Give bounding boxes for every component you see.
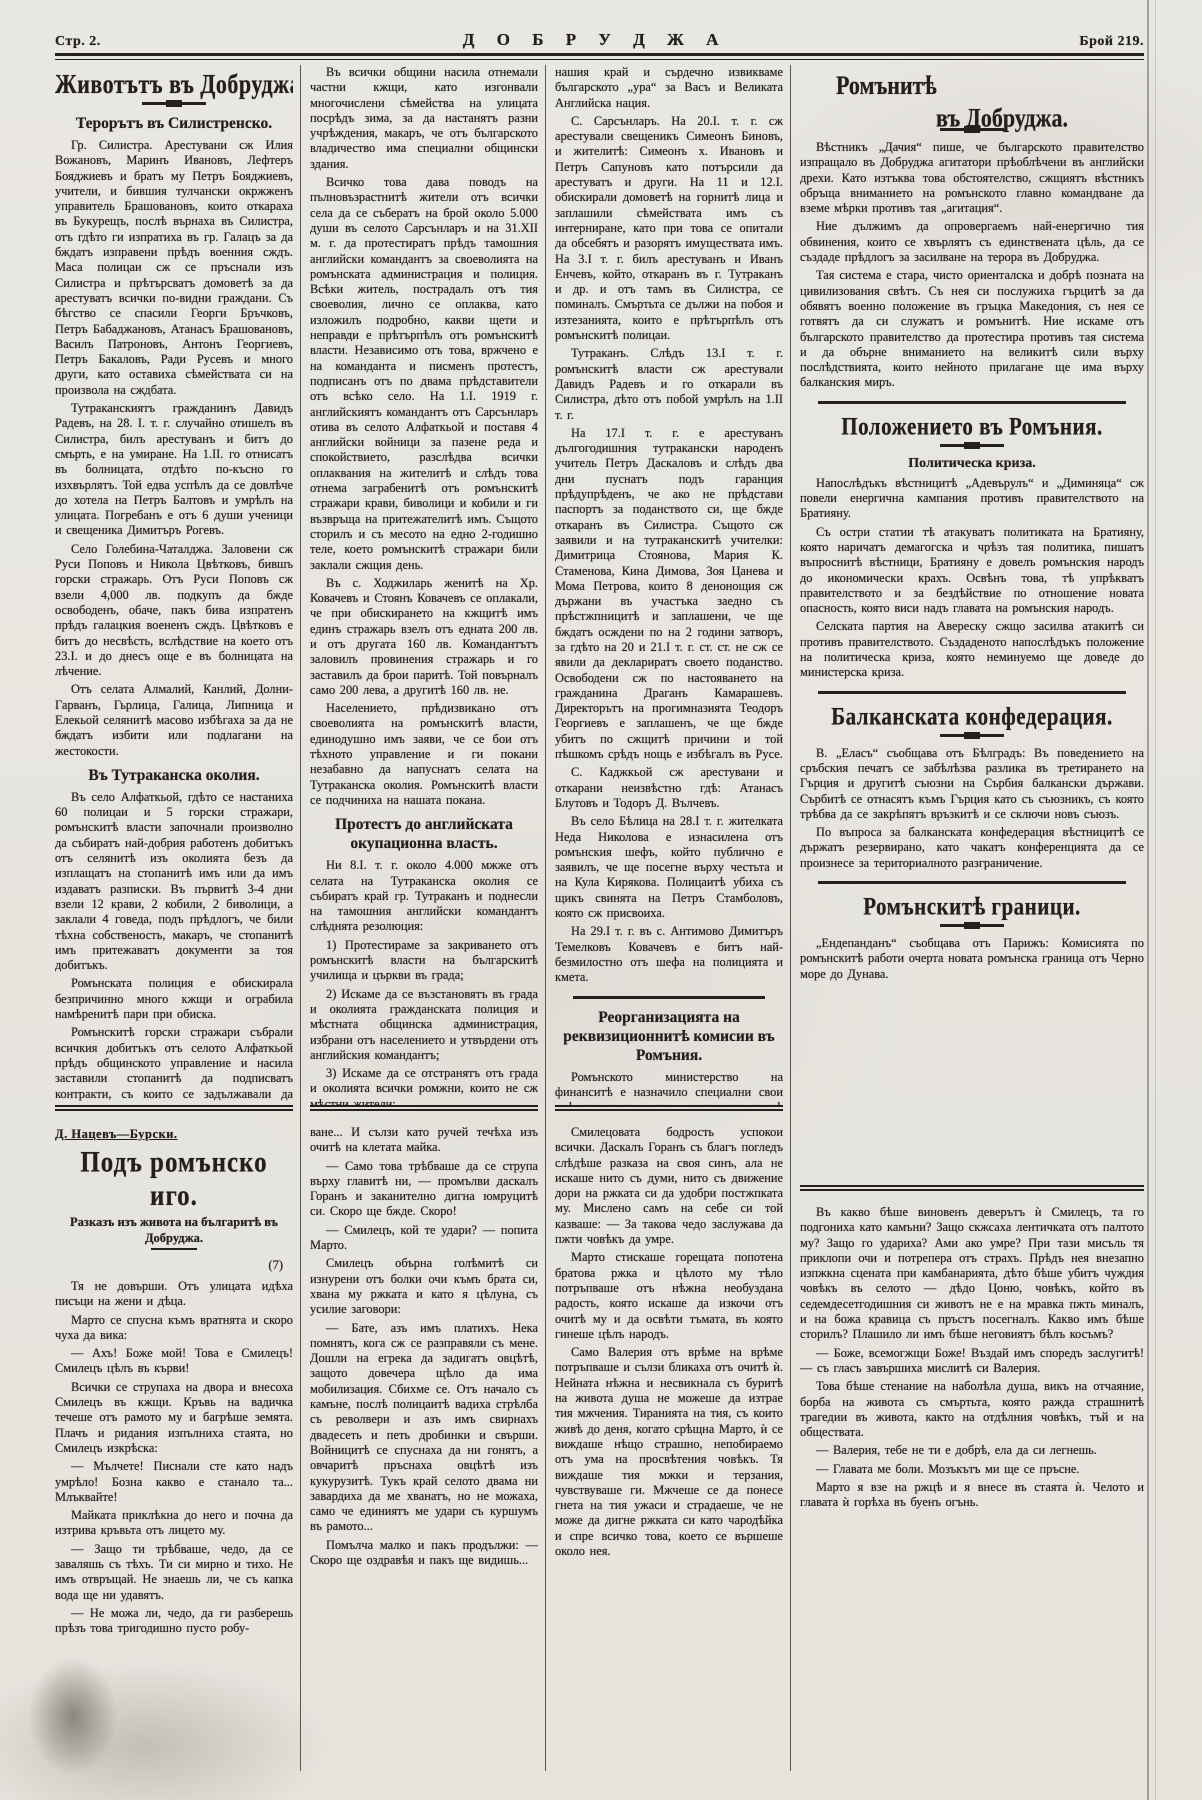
story-paragraph: Помълча малко и пакъ продължи: — Скоро щ… — [310, 1538, 538, 1569]
article-paragraph: С. Сарсънларъ. На 20.I. т. г. сж арестув… — [555, 114, 783, 343]
article-paragraph: Тутраканскиятъ гражданинъ Давидъ Радевъ,… — [55, 401, 293, 539]
article-divider — [818, 401, 1126, 406]
headline-romanian-borders: Ромънскитѣ граници. — [800, 891, 1144, 921]
feuilleton-column-3: Смилецовата бодрость успокои всички. Дас… — [555, 1111, 783, 1755]
article-paragraph: „Ендепанданъ“ съобщава отъ Парижъ: Комис… — [800, 936, 1144, 982]
article-paragraph: На 29.I т. г. въ с. Антимово Димитъръ Те… — [555, 924, 783, 985]
column-2: Въ всички общини насила отнемали частни … — [300, 65, 538, 1771]
headline-life-in-dobrudzha: Животътъ въ Добруджа. — [55, 68, 293, 101]
story-paragraph: Всички се струпаха на двора и внесоха См… — [55, 1380, 293, 1456]
feuilleton-column-1: Д. Нацевъ—Бурски. Подъ ромънско иго. Раз… — [55, 1111, 293, 1755]
article-paragraph: Въ село Бѣлица на 28.I т. г. жителката Н… — [555, 814, 783, 921]
article-paragraph: С. Каджкьой сж арестувани и откарани неи… — [555, 765, 783, 811]
story-paragraph: — Главата ме боли. Мозъкътъ ми ще се пръ… — [800, 1462, 1144, 1477]
feuilleton-part-number: (7) — [55, 1258, 283, 1273]
subhead-political-crisis: Политическа криза. — [800, 456, 1144, 472]
article-paragraph: Гр. Силистра. Арестувани сж Илия Вожанов… — [55, 138, 293, 398]
article-paragraph: Селската партия на Авереску сжщо засилва… — [800, 619, 1144, 680]
article-paragraph: Населението, прѣдизвикано отъ своеволият… — [310, 701, 538, 808]
headline-romanians-in-dobrudzha: Ромънитѣ въ Добруджа. — [800, 69, 1144, 134]
subhead-terror-in-silistra: Терорътъ въ Силистренско. — [59, 114, 289, 133]
story-paragraph: Смилецъ обърна голѣмитѣ си изнурени отъ … — [310, 1256, 538, 1317]
page-header: Стр. 2. Д О Б Р У Д Ж А Брой 219. — [55, 20, 1144, 50]
article-paragraph: Ние дължимъ да опровергаемъ най-енергичн… — [800, 219, 1144, 265]
story-paragraph: Въ какво бѣше виновенъ деверътъ ѝ Смилец… — [800, 1205, 1144, 1343]
story-paragraph: — Боже, всемогжщи Боже! Въздай имъ споре… — [800, 1346, 1144, 1377]
article-paragraph: Ромънската полиция е обискирала безпричи… — [55, 976, 293, 1022]
story-paragraph: — Валерия, тебе не ти е добрѣ, ела да си… — [800, 1443, 1144, 1458]
scan-fold-line — [1155, 0, 1156, 1800]
article-paragraph: Въ с. Ходжиларь женитѣ на Хр. Ковачевъ и… — [310, 576, 538, 698]
feuilleton-title: Подъ ромънско иго. — [55, 1146, 293, 1213]
article-paragraph: Тая система е стара, чисто ориенталска и… — [800, 268, 1144, 390]
story-paragraph: — Само това трѣбваше да се струпа върху … — [310, 1159, 538, 1220]
heading-requisition-commissions: Реорганизацията на реквизиционнитѣ комис… — [559, 1008, 779, 1065]
headline-divider — [940, 734, 1004, 737]
article-paragraph: Ни 8.I. т. г. около 4.000 мжже отъ селат… — [310, 858, 538, 934]
feuilleton-column-4: Въ какво бѣше виновенъ деверътъ ѝ Смилец… — [800, 1191, 1144, 1755]
scan-smudge — [28, 1656, 118, 1776]
feuilleton-subtitle: Разказъ изъ живота на българитѣ въ Добру… — [69, 1214, 279, 1246]
article-paragraph: В. „Еласъ“ съобщава отъ Бѣлградъ: Въ пов… — [800, 746, 1144, 822]
column-2-top: Въ всички общини насила отнемали частни … — [310, 65, 538, 1111]
story-paragraph: Марто стискаше горещата попотена братова… — [555, 1250, 783, 1342]
header-rule — [55, 53, 1144, 60]
article-divider — [573, 996, 765, 1001]
article-paragraph: Отъ селата Алмалий, Канлий, Долни-Гарван… — [55, 682, 293, 758]
story-paragraph: — Смилецъ, кой те удари? — попита Марто. — [310, 1223, 538, 1254]
story-paragraph: Само Валерия отъ врѣме на врѣме потръпва… — [555, 1345, 783, 1559]
article-paragraph: 2) Искаме да се възстановятъ въ града и … — [310, 987, 538, 1063]
article-paragraph: Всичко това дава поводъ на пълновъзрастн… — [310, 175, 538, 573]
headline-balkan-confederation: Балканската конфедерация. — [800, 701, 1144, 731]
headline-divider — [940, 924, 1004, 927]
feuilleton-byline: Д. Нацевъ—Бурски. — [55, 1127, 293, 1142]
story-paragraph: — Ахъ! Боже мой! Това е Смилецъ! Смилецъ… — [55, 1346, 293, 1377]
headline-divider — [940, 128, 1004, 131]
feuilleton-divider — [151, 1248, 197, 1250]
headline-line-1: Ромънитѣ — [800, 69, 1144, 101]
article-paragraph: На 17.I т. г. е арестуванъ дългогодишния… — [555, 426, 783, 763]
headline-divider — [940, 444, 1004, 447]
column-4: Ромънитѣ въ Добруджа. Вѣстникъ „Дачия“ п… — [790, 65, 1144, 1771]
page-body: Животътъ въ Добруджа. Терорътъ въ Силист… — [55, 65, 1144, 1771]
article-paragraph: По въпроса за балканската конфедерация в… — [800, 825, 1144, 871]
story-paragraph: ване... И сълзи като ручей течѣха изъ оч… — [310, 1125, 538, 1156]
column-1-top: Животътъ въ Добруджа. Терорътъ въ Силист… — [55, 65, 293, 1111]
column-3: нашия край и сърдечно извикваме българск… — [545, 65, 783, 1771]
page-number: Стр. 2. — [55, 34, 101, 50]
article-paragraph: 3) Искаме да се отстранятъ отъ града и о… — [310, 1066, 538, 1111]
issue-number: Брой 219. — [1079, 34, 1144, 50]
story-paragraph: Майката приклѣкна до него и почна да изт… — [55, 1508, 293, 1539]
story-paragraph: — Мълчете! Писнали сте като надъ умрѣло!… — [55, 1459, 293, 1505]
story-paragraph: Тя не довърши. Отъ улицата идѣха писъци … — [55, 1279, 293, 1310]
article-paragraph: Въ всички общини насила отнемали частни … — [310, 65, 538, 172]
story-paragraph: — Защо ти трѣбваше, чедо, да се заваляшь… — [55, 1542, 293, 1603]
story-paragraph: Марто се спусна къмъ вратнята и скоро чу… — [55, 1313, 293, 1344]
article-paragraph: Вѣстникъ „Дачия“ пише, че българското пр… — [800, 140, 1144, 216]
newspaper-page: Стр. 2. Д О Б Р У Д Ж А Брой 219. Животъ… — [0, 0, 1202, 1800]
article-paragraph: Напослѣдъкъ вѣстницитѣ „Адевърулъ“ и „Ди… — [800, 476, 1144, 522]
article-paragraph: Въ село Алфаткьой, гдѣто се настаниха 60… — [55, 790, 293, 974]
article-paragraph: 1) Протестираме за закриването отъ ромън… — [310, 938, 538, 984]
headline-divider — [142, 102, 206, 105]
article-paragraph: Ромънскитѣ горски стражари събрали всичк… — [55, 1025, 293, 1111]
scan-fold-line — [1147, 0, 1149, 1800]
article-paragraph: Съ остри статии тѣ атакуватъ политиката … — [800, 525, 1144, 617]
article-paragraph: Ромънското министерство на финанситѣ е н… — [555, 1070, 783, 1111]
column-4-top: Ромънитѣ въ Добруджа. Вѣстникъ „Дачия“ п… — [800, 65, 1144, 1191]
article-paragraph: нашия край и сърдечно извикваме българск… — [555, 65, 783, 111]
subhead-tutrakan-district: Въ Тутраканска околия. — [59, 766, 289, 785]
masthead: Д О Б Р У Д Ж А — [453, 30, 728, 50]
article-divider — [818, 881, 1126, 886]
article-paragraph: Село Голебина-Чаталджа. Заловени сж Руси… — [55, 542, 293, 680]
story-paragraph: Марто я взе на ржцѣ и я внесе въ стаята … — [800, 1480, 1144, 1511]
story-paragraph: — Бате, азъ имъ платихъ. Нека помнятъ, к… — [310, 1321, 538, 1535]
heading-protest-to-english-authority: Протестъ до английската окупационна влас… — [314, 815, 534, 853]
article-paragraph: Тутраканъ. Слѣдъ 13.I т. г. ромънскитѣ в… — [555, 346, 783, 422]
story-paragraph: — Не можа ли, чедо, да ги разберешь прѣз… — [55, 1606, 293, 1637]
column-3-top: нашия край и сърдечно извикваме българск… — [555, 65, 783, 1111]
story-paragraph: Смилецовата бодрость успокои всички. Дас… — [555, 1125, 783, 1247]
story-paragraph: Това бѣше стенание на наболѣла душа, вик… — [800, 1379, 1144, 1440]
column-1: Животътъ въ Добруджа. Терорътъ въ Силист… — [55, 65, 293, 1771]
feuilleton-column-2: ване... И сълзи като ручей течѣха изъ оч… — [310, 1111, 538, 1755]
headline-situation-in-romania: Положението въ Ромъния. — [800, 411, 1144, 441]
article-divider — [818, 691, 1126, 696]
